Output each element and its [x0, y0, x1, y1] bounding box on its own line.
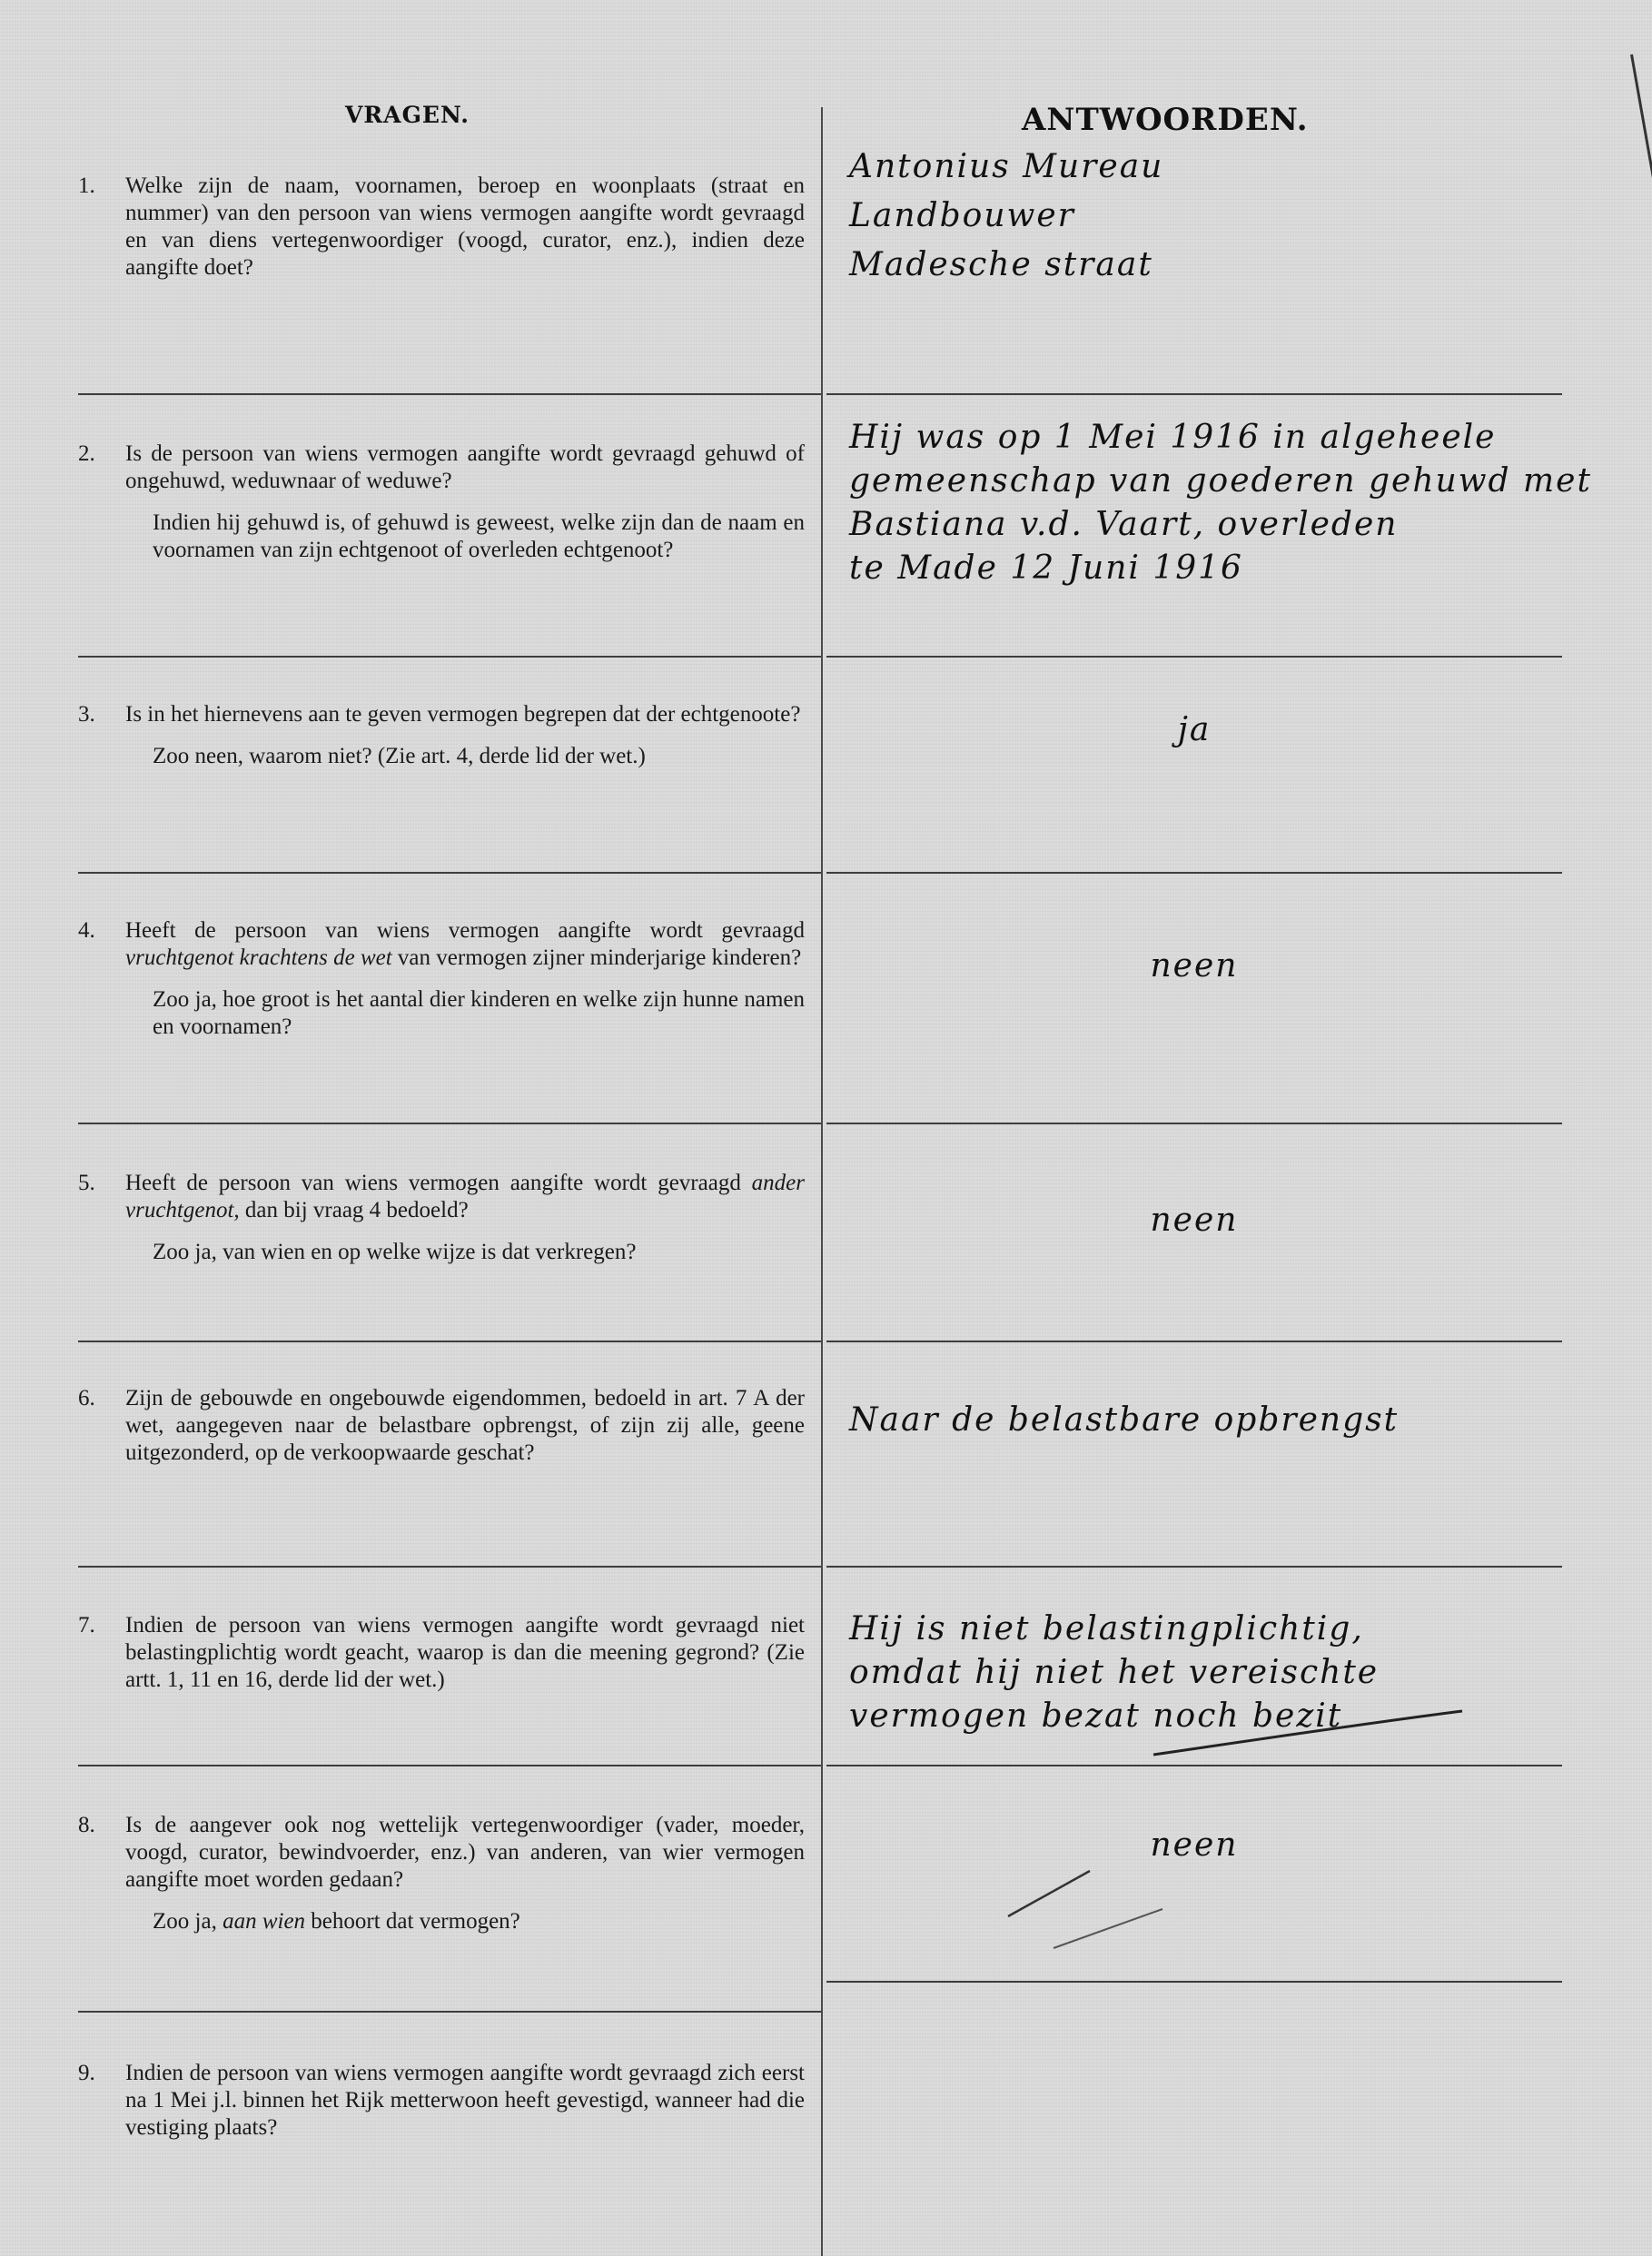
text-part: behoort dat vermogen? — [305, 1909, 520, 1934]
question-number: 9. — [78, 2060, 114, 2087]
answer-line: te Made 12 Juni 1916 — [849, 547, 1576, 590]
question-text: Zijn de gebouwde en ongebouwde eigendomm… — [125, 1385, 805, 1467]
text-part: Heeft de persoon van wiens vermogen aang… — [125, 1171, 752, 1195]
row-divider — [826, 1566, 1562, 1568]
answer-line: Madesche straat — [849, 243, 1576, 287]
row-divider — [78, 1566, 821, 1568]
emphasis-text: vruchtgenot krachtens de wet — [125, 945, 392, 970]
emphasis-text: aan wien — [223, 1909, 305, 1934]
question-subtext: Indien hij gehuwd is, of gehuwd is gewee… — [153, 510, 805, 564]
row-divider — [78, 872, 821, 874]
question-text: Is de aangever ook nog wettelijk vertege… — [125, 1812, 805, 1894]
answer-5: neen — [826, 1199, 1562, 1242]
row-divider — [78, 2011, 821, 2013]
row-divider — [78, 393, 821, 395]
answers-header: ANTWOORDEN. — [1022, 102, 1309, 138]
ink-flourish — [1144, 1707, 1471, 1762]
row-divider — [826, 1981, 1562, 1983]
row-divider — [78, 1765, 821, 1766]
text-part: Zoo ja, — [153, 1909, 223, 1934]
question-7: 7. Indien de persoon van wiens vermogen … — [78, 1612, 805, 1694]
answer-6: Naar de belastbare opbrengst — [849, 1399, 1576, 1442]
row-divider — [826, 872, 1562, 874]
answer-line: Hij was op 1 Mei 1916 in algeheele — [849, 416, 1576, 460]
answer-line: Bastiana v.d. Vaart, overleden — [849, 503, 1576, 547]
answer-line: Naar de belastbare opbrengst — [849, 1399, 1576, 1442]
question-8: 8. Is de aangever ook nog wettelijk vert… — [78, 1812, 805, 1935]
answer-3: ja — [826, 708, 1562, 752]
answer-1: Antonius Mureau Landbouwer Madesche stra… — [849, 145, 1576, 287]
answer-line: Landbouwer — [849, 194, 1576, 238]
row-divider — [826, 1765, 1562, 1766]
ink-strokes — [981, 1853, 1217, 1953]
question-4: 4. Heeft de persoon van wiens vermogen a… — [78, 917, 805, 1041]
row-divider — [826, 656, 1562, 658]
row-divider — [78, 1123, 821, 1124]
answer-2: Hij was op 1 Mei 1916 in algeheele gemee… — [849, 416, 1576, 590]
question-3: 3. Is in het hiernevens aan te geven ver… — [78, 701, 805, 770]
answer-line: gemeenschap van goederen gehuwd met — [849, 460, 1576, 503]
question-number: 6. — [78, 1385, 114, 1412]
question-text: Welke zijn de naam, voornamen, beroep en… — [125, 173, 805, 282]
question-6: 6. Zijn de gebouwde en ongebouwde eigend… — [78, 1385, 805, 1467]
question-5: 5. Heeft de persoon van wiens vermogen a… — [78, 1170, 805, 1266]
question-subtext: Zoo ja, hoe groot is het aantal dier kin… — [153, 986, 805, 1041]
question-number: 3. — [78, 701, 114, 728]
answer-line: neen — [826, 1199, 1562, 1242]
question-number: 5. — [78, 1170, 114, 1197]
answer-line: neen — [826, 945, 1562, 988]
question-number: 2. — [78, 440, 114, 468]
text-part: Heeft de persoon van wiens vermogen aang… — [125, 918, 805, 943]
answer-line: Hij is niet belastingplichtig, — [849, 1608, 1576, 1651]
answer-line: omdat hij niet het vereischte — [849, 1651, 1576, 1695]
question-2: 2. Is de persoon van wiens vermogen aang… — [78, 440, 805, 564]
question-number: 7. — [78, 1612, 114, 1639]
row-divider — [826, 393, 1562, 395]
question-1: 1. Welke zijn de naam, voornamen, beroep… — [78, 173, 805, 282]
question-number: 1. — [78, 173, 114, 200]
answer-line: Antonius Mureau — [849, 145, 1576, 189]
answer-line: ja — [826, 708, 1562, 752]
tax-declaration-form-page: VRAGEN. ANTWOORDEN. 1. Welke zijn de naa… — [0, 0, 1652, 2256]
row-divider — [78, 1341, 821, 1342]
question-text: Is in het hiernevens aan te geven vermog… — [125, 701, 805, 728]
row-divider — [826, 1123, 1562, 1124]
question-text: Heeft de persoon van wiens vermogen aang… — [125, 917, 805, 972]
page-edge-mark — [1630, 54, 1652, 261]
question-number: 8. — [78, 1812, 114, 1839]
row-divider — [826, 1341, 1562, 1342]
text-part: van vermogen zijner minderjarige kindere… — [392, 945, 802, 970]
row-divider — [78, 656, 821, 658]
column-divider — [821, 107, 823, 2256]
question-text: Heeft de persoon van wiens vermogen aang… — [125, 1170, 805, 1224]
question-9: 9. Indien de persoon van wiens vermogen … — [78, 2060, 805, 2142]
question-subtext: Zoo ja, van wien en op welke wijze is da… — [153, 1239, 805, 1266]
question-text: Indien de persoon van wiens vermogen aan… — [125, 1612, 805, 1694]
questions-header: VRAGEN. — [345, 102, 1072, 129]
question-text: Is de persoon van wiens vermogen aangift… — [125, 440, 805, 495]
text-part: dan bij vraag 4 bedoeld? — [240, 1198, 469, 1222]
question-subtext: Zoo ja, aan wien behoort dat vermogen? — [153, 1908, 805, 1935]
question-subtext: Zoo neen, waarom niet? (Zie art. 4, derd… — [153, 743, 805, 770]
question-text: Indien de persoon van wiens vermogen aan… — [125, 2060, 805, 2142]
answer-4: neen — [826, 945, 1562, 988]
question-number: 4. — [78, 917, 114, 945]
